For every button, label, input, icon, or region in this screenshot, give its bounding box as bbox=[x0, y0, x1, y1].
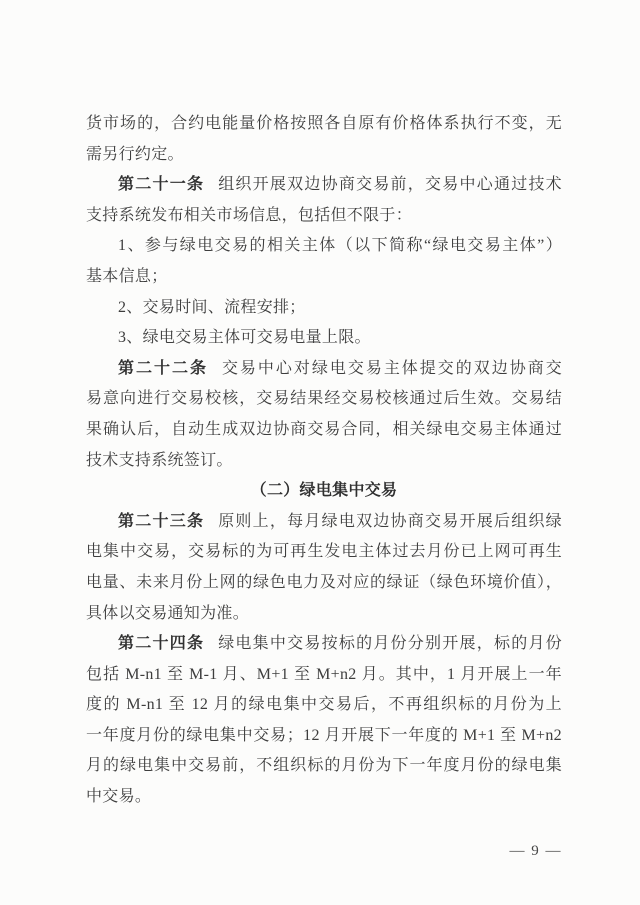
text-line: 中交易。 bbox=[86, 782, 562, 813]
text-line: 月的绿电集中交易前，不组织标的月份为下一年度月份的绿电集 bbox=[86, 751, 562, 782]
line-text: 需另行约定。 bbox=[86, 146, 184, 163]
line-text: 一年度月份的绿电集中交易；12 月开展下一年度的 M+1 至 M+n2 bbox=[86, 727, 562, 744]
text-line: 基本信息； bbox=[86, 262, 562, 293]
line-text: 基本信息； bbox=[86, 268, 168, 285]
line-text: 绿电集中交易按标的月份分别开展，标的月份 bbox=[218, 635, 562, 652]
line-text: 包括 M-n1 至 M-1 月、M+1 至 M+n2 月。其中，1 月开展上一年 bbox=[86, 666, 562, 683]
document-page: 货市场的，合约电能量价格按照各自原有价格体系执行不变，无需另行约定。第二十一条组… bbox=[0, 0, 640, 905]
line-text: 2、交易时间、流程安排； bbox=[118, 299, 306, 316]
text-line: 货市场的，合约电能量价格按照各自原有价格体系执行不变，无 bbox=[86, 109, 562, 140]
line-text: 货市场的，合约电能量价格按照各自原有价格体系执行不变，无 bbox=[86, 115, 562, 132]
text-line: 2、交易时间、流程安排； bbox=[86, 293, 562, 324]
line-text: 1、参与绿电交易的相关主体（以下简称“绿电交易主体”） bbox=[118, 237, 562, 254]
document-body: 货市场的，合约电能量价格按照各自原有价格体系执行不变，无需另行约定。第二十一条组… bbox=[86, 109, 562, 813]
article-number: 第二十三条 bbox=[118, 513, 204, 530]
article-number: 第二十一条 bbox=[118, 176, 204, 193]
text-line: 1、参与绿电交易的相关主体（以下简称“绿电交易主体”） bbox=[86, 231, 562, 262]
line-text: 果确认后，自动生成双边协商交易合同，相关绿电交易主体通过 bbox=[86, 421, 562, 438]
line-text: 技术支持系统签订。 bbox=[86, 452, 233, 469]
text-line: 具体以交易通知为准。 bbox=[86, 599, 562, 630]
text-line: 3、绿电交易主体可交易电量上限。 bbox=[86, 323, 562, 354]
line-text: 交易中心对绿电交易主体提交的双边协商交 bbox=[222, 360, 562, 377]
text-line: 包括 M-n1 至 M-1 月、M+1 至 M+n2 月。其中，1 月开展上一年 bbox=[86, 660, 562, 691]
text-line: 第二十三条原则上，每月绿电双边协商交易开展后组织绿 bbox=[86, 507, 562, 538]
text-line: 果确认后，自动生成双边协商交易合同，相关绿电交易主体通过 bbox=[86, 415, 562, 446]
text-line: 技术支持系统签订。 bbox=[86, 446, 562, 477]
text-line: 电集中交易，交易标的为可再生发电主体过去月份已上网可再生 bbox=[86, 537, 562, 568]
line-text: 电集中交易，交易标的为可再生发电主体过去月份已上网可再生 bbox=[86, 543, 562, 560]
line-text: 具体以交易通知为准。 bbox=[86, 605, 249, 622]
text-line: 度的 M-n1 至 12 月的绿电集中交易后，不再组织标的月份为上 bbox=[86, 690, 562, 721]
line-text: 月的绿电集中交易前，不组织标的月份为下一年度月份的绿电集 bbox=[86, 757, 562, 774]
line-text: 度的 M-n1 至 12 月的绿电集中交易后，不再组织标的月份为上 bbox=[86, 696, 562, 713]
text-line: 电量、未来月份上网的绿色电力及对应的绿证（绿色环境价值）， bbox=[86, 568, 562, 599]
text-line: （二）绿电集中交易 bbox=[86, 476, 562, 507]
page-number: — 9 — bbox=[510, 841, 563, 861]
text-line: 第二十一条组织开展双边协商交易前，交易中心通过技术 bbox=[86, 170, 562, 201]
text-line: 支持系统发布相关市场信息，包括但不限于： bbox=[86, 201, 562, 232]
line-text: 易意向进行交易校核，交易结果经交易校核通过后生效。交易结 bbox=[86, 390, 562, 407]
text-line: 第二十二条交易中心对绿电交易主体提交的双边协商交 bbox=[86, 354, 562, 385]
line-text: 3、绿电交易主体可交易电量上限。 bbox=[118, 329, 371, 346]
line-text: 原则上，每月绿电双边协商交易开展后组织绿 bbox=[218, 513, 562, 530]
line-text: 电量、未来月份上网的绿色电力及对应的绿证（绿色环境价值）， bbox=[86, 574, 562, 591]
line-text: 支持系统发布相关市场信息，包括但不限于： bbox=[86, 207, 412, 224]
text-line: 第二十四条绿电集中交易按标的月份分别开展，标的月份 bbox=[86, 629, 562, 660]
article-number: 第二十二条 bbox=[118, 360, 208, 377]
line-text: 组织开展双边协商交易前，交易中心通过技术 bbox=[218, 176, 562, 193]
text-line: 易意向进行交易校核，交易结果经交易校核通过后生效。交易结 bbox=[86, 384, 562, 415]
line-text: 中交易。 bbox=[86, 788, 151, 805]
article-number: 第二十四条 bbox=[118, 635, 204, 652]
article-number: （二）绿电集中交易 bbox=[251, 482, 398, 499]
text-line: 一年度月份的绿电集中交易；12 月开展下一年度的 M+1 至 M+n2 bbox=[86, 721, 562, 752]
text-line: 需另行约定。 bbox=[86, 140, 562, 171]
